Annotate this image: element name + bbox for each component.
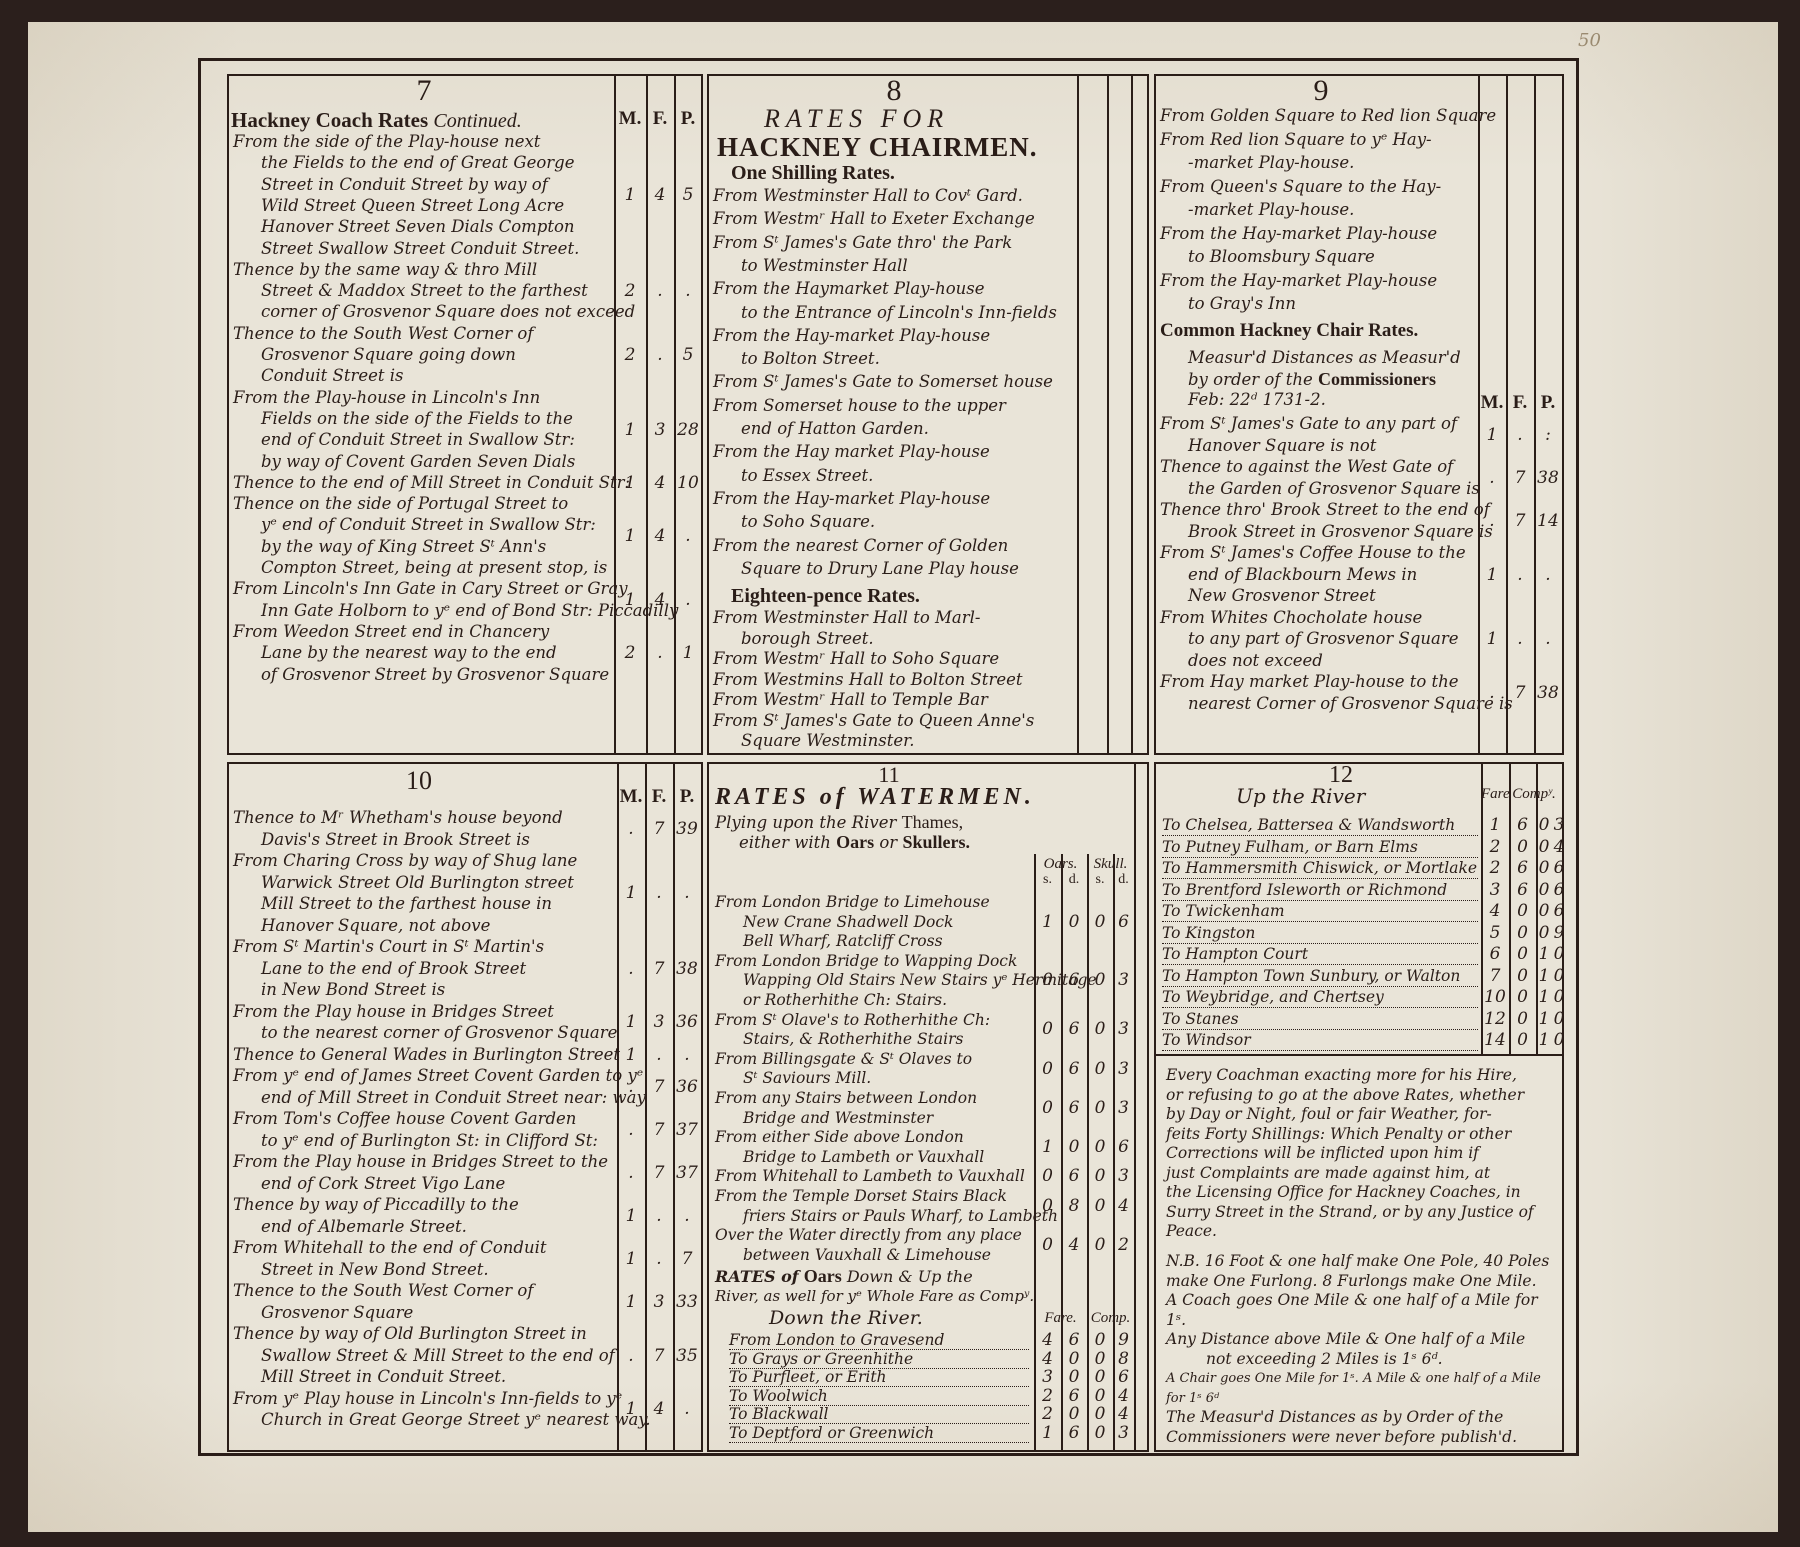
route-text: Hanover Street Seven Dials Compton bbox=[233, 217, 575, 237]
panel-8-hackney-chairmen-rates: 8 RATES FOR HACKNEY CHAIRMEN. One Shilli… bbox=[707, 74, 1149, 755]
fare-value: 0 bbox=[1087, 1351, 1113, 1368]
fare-value: 6 bbox=[1113, 912, 1134, 932]
notice-line: Corrections will be inflicted upon him i… bbox=[1166, 1144, 1562, 1164]
fare-value: 3 bbox=[1113, 1098, 1134, 1118]
route-text: end of Cork Street Vigo Lane bbox=[233, 1174, 505, 1194]
fare-value: 6 bbox=[1552, 859, 1566, 878]
fare-value: 6 bbox=[1509, 881, 1536, 900]
route-text: end of Mill Street in Conduit Street nea… bbox=[233, 1088, 646, 1108]
route-text: to Westminster Hall bbox=[713, 256, 908, 276]
fare-miles: 1 bbox=[614, 420, 646, 440]
fare-miles: 1 bbox=[617, 1206, 645, 1226]
fare-header: Fare bbox=[1481, 786, 1509, 803]
fare-value: 1 bbox=[1481, 816, 1509, 835]
fare-value: 0 bbox=[1061, 1369, 1087, 1386]
route-text: to the nearest corner of Grosvenor Squar… bbox=[233, 1023, 617, 1043]
route-text: From Charing Cross by way of Shug lane bbox=[233, 851, 577, 871]
fare-poles: 7 bbox=[673, 1249, 701, 1269]
fare-value: 0 bbox=[1552, 1010, 1566, 1029]
fare-value: 0 bbox=[1536, 902, 1552, 921]
destination: To Stanes bbox=[1162, 1010, 1478, 1030]
fare-poles: . bbox=[674, 526, 702, 546]
fare-poles: 38 bbox=[673, 959, 701, 979]
fare-value: 9 bbox=[1552, 924, 1566, 943]
fare-value: 0 bbox=[1087, 970, 1113, 990]
route-text: Grosvenor Square bbox=[233, 1303, 413, 1323]
route-text: Street & Maddox Street to the farthest bbox=[233, 281, 588, 301]
fare-value: 0 bbox=[1552, 1031, 1566, 1050]
route-text: -market Play-house. bbox=[1160, 153, 1354, 173]
route-text: From Billingsgate & Sᵗ Olaves to bbox=[715, 1049, 972, 1069]
column-header-miles: M. bbox=[614, 108, 646, 130]
route-text: nearest Corner of Grosvenor Square is bbox=[1160, 694, 1513, 714]
fare-furlongs: . bbox=[646, 643, 674, 663]
route-text: From the nearest Corner of Golden bbox=[713, 536, 1008, 556]
route-text: Bridge and Westminster bbox=[715, 1108, 933, 1128]
oars-rates-title: RATES of Oars Down & Up the bbox=[715, 1266, 973, 1287]
fare-miles: 2 bbox=[614, 281, 646, 301]
route-text: Swallow Street & Mill Street to the end … bbox=[233, 1346, 615, 1366]
fare-value: 6 bbox=[1509, 816, 1536, 835]
column-divider bbox=[1478, 76, 1480, 753]
route-text: From Sᵗ James's Gate to any part of bbox=[1160, 414, 1457, 434]
notice-line: by Day or Night, foul or fair Weather, f… bbox=[1166, 1105, 1562, 1125]
fare-value: 0 bbox=[1509, 945, 1536, 964]
route-text: From the Temple Dorset Stairs Black bbox=[715, 1186, 1007, 1206]
fare-value: 6 bbox=[1509, 859, 1536, 878]
route-text: From London Bridge to Wapping Dock bbox=[715, 951, 1017, 971]
column-header-poles: P. bbox=[674, 108, 702, 130]
fare-value: 14 bbox=[1481, 1031, 1509, 1050]
fare-furlongs: . bbox=[645, 1249, 673, 1269]
fare-poles: 39 bbox=[673, 819, 701, 839]
destination: To Brentford Isleworth or Richmond bbox=[1162, 881, 1478, 901]
notice-line: just Complaints are made against him, at bbox=[1166, 1164, 1562, 1184]
fare-value: 0 bbox=[1509, 924, 1536, 943]
date-note: Feb: 22ᵈ 1731-2. bbox=[1188, 390, 1326, 410]
measured-distances-note: Measur'd Distances as Measur'd bbox=[1188, 348, 1461, 368]
column-header-shillings: s. bbox=[1087, 872, 1113, 888]
fare-value: 0 bbox=[1034, 1019, 1061, 1039]
fare-miles: 1 bbox=[617, 1045, 645, 1065]
route-text: Mill Street to the farthest house in bbox=[233, 894, 552, 914]
column-divider bbox=[1134, 764, 1136, 1450]
column-divider bbox=[1107, 76, 1109, 753]
route-text: From Westmʳ Hall to Exeter Exchange bbox=[713, 209, 1035, 229]
route-text: or Rotherhithe Ch: Stairs. bbox=[715, 990, 947, 1010]
destination: To Blackwall bbox=[729, 1406, 1029, 1424]
comp-header: Compʸ. bbox=[1509, 786, 1559, 803]
fare-miles: . bbox=[1478, 511, 1506, 531]
destination: To Woolwich bbox=[729, 1388, 1029, 1406]
route-text: the Garden of Grosvenor Square is bbox=[1160, 479, 1480, 499]
fare-value: 6 bbox=[1552, 902, 1566, 921]
fare-value: 0 bbox=[1087, 1059, 1113, 1079]
fare-miles: 1 bbox=[614, 590, 646, 610]
fare-miles: 1 bbox=[614, 473, 646, 493]
column-header-furlongs: F. bbox=[645, 786, 673, 808]
fare-miles: . bbox=[617, 1120, 645, 1140]
fare-value: 0 bbox=[1509, 1031, 1536, 1050]
route-text: friers Stairs or Pauls Wharf, to Lambeth bbox=[715, 1206, 1058, 1226]
fare-furlongs: 4 bbox=[645, 1399, 673, 1419]
penalty-notice: Every Coachman exacting more for his Hir… bbox=[1166, 1066, 1562, 1242]
fare-poles: . bbox=[674, 281, 702, 301]
route-text: From Whites Chocholate house bbox=[1160, 608, 1422, 628]
intro-line-1: Plying upon the River Thames, bbox=[715, 812, 963, 833]
fare-value: 0 bbox=[1087, 912, 1113, 932]
fare-value: 0 bbox=[1087, 1137, 1113, 1157]
intro-text: Plying upon the River bbox=[715, 813, 896, 832]
fare-value: 0 bbox=[1536, 816, 1552, 835]
fare-value: 4 bbox=[1113, 1196, 1134, 1216]
route-text: Street in New Bond Street. bbox=[233, 1260, 489, 1280]
fare-value: 0 bbox=[1087, 1166, 1113, 1186]
fare-miles: 2 bbox=[614, 345, 646, 365]
fare-poles: 35 bbox=[673, 1346, 701, 1366]
fare-value: 4 bbox=[1034, 1332, 1061, 1349]
fare-furlongs: 4 bbox=[646, 590, 674, 610]
route-text: end of Conduit Street in Swallow Str: bbox=[233, 430, 575, 450]
route-text: Thence on the side of Portugal Street to bbox=[233, 494, 568, 514]
fare-furlongs: 7 bbox=[645, 1163, 673, 1183]
fare-value: 9 bbox=[1113, 1332, 1134, 1349]
column-header-shillings: s. bbox=[1034, 872, 1061, 888]
route-text: From the Hay-market Play-house bbox=[1160, 224, 1437, 244]
column-divider bbox=[1534, 76, 1536, 753]
fare-poles: . bbox=[673, 1399, 701, 1419]
destination: To Windsor bbox=[1162, 1031, 1478, 1051]
route-text: From London Bridge to Limehouse bbox=[715, 892, 990, 912]
fare-furlongs: . bbox=[645, 1206, 673, 1226]
fare-header: Fare. bbox=[1034, 1310, 1087, 1327]
fare-value: 0 bbox=[1509, 967, 1536, 986]
fare-value: 0 bbox=[1061, 912, 1087, 932]
oars-label: Oars bbox=[804, 1266, 842, 1286]
route-text: Thence to the end of Mill Street in Cond… bbox=[233, 473, 630, 493]
section-eighteen-pence-rates: Eighteen-pence Rates. bbox=[731, 585, 920, 608]
fare-value: 6 bbox=[1113, 1137, 1134, 1157]
destination: To Kingston bbox=[1162, 924, 1478, 944]
fare-furlongs: 4 bbox=[646, 185, 674, 205]
route-text: From Somerset house to the upper bbox=[713, 396, 1006, 416]
fare-value: 6 bbox=[1061, 1388, 1087, 1405]
notice-line: Every Coachman exacting more for his Hir… bbox=[1166, 1066, 1562, 1086]
fare-value: 6 bbox=[1061, 1166, 1087, 1186]
title-suffix: Continued. bbox=[433, 110, 521, 132]
route-text: Conduit Street is bbox=[233, 366, 404, 386]
route-text: in New Bond Street is bbox=[233, 980, 445, 1000]
column-header-miles: M. bbox=[617, 786, 645, 808]
column-header-poles: P. bbox=[673, 786, 701, 808]
note-text: by order of the bbox=[1188, 370, 1313, 389]
page-number: 50 bbox=[1578, 30, 1601, 51]
fare-value: 0 bbox=[1087, 1388, 1113, 1405]
route-text: does not exceed bbox=[1160, 651, 1323, 671]
note-line: Any Distance above Mile & One half of a … bbox=[1166, 1330, 1562, 1350]
fare-value: 0 bbox=[1087, 1332, 1113, 1349]
fare-furlongs: 7 bbox=[645, 1346, 673, 1366]
route-text: to yᵉ end of Burlington St: in Clifford … bbox=[233, 1131, 598, 1151]
fare-value: 0 bbox=[1509, 902, 1536, 921]
destination: To Hammersmith Chiswick, or Mortlake bbox=[1162, 859, 1478, 879]
fare-value: 4 bbox=[1061, 1235, 1087, 1255]
fare-miles: 1 bbox=[1478, 565, 1506, 585]
fare-value: 3 bbox=[1113, 1425, 1134, 1442]
note-line: A Coach goes One Mile & one half of a Mi… bbox=[1166, 1291, 1562, 1330]
fare-poles: . bbox=[674, 590, 702, 610]
fare-miles: 1 bbox=[617, 1249, 645, 1269]
fare-value: 0 bbox=[1034, 1098, 1061, 1118]
fare-miles: 2 bbox=[614, 643, 646, 663]
note-line: A Chair goes One Mile for 1ˢ. A Mile & o… bbox=[1166, 1369, 1562, 1408]
fare-miles: 1 bbox=[614, 185, 646, 205]
fare-value: 1 bbox=[1034, 1137, 1061, 1157]
fare-value: 0 bbox=[1034, 970, 1061, 990]
route-text: From Westmʳ Hall to Temple Bar bbox=[713, 690, 988, 710]
note-line: not exceeding 2 Miles is 1ˢ 6ᵈ. bbox=[1166, 1350, 1562, 1370]
route-text: New Crane Shadwell Dock bbox=[715, 912, 953, 932]
fare-value: 2 bbox=[1034, 1406, 1061, 1423]
destination: From London to Gravesend bbox=[729, 1332, 1029, 1350]
column-divider bbox=[1131, 76, 1133, 753]
fare-value: 2 bbox=[1113, 1235, 1134, 1255]
fare-miles: . bbox=[617, 1346, 645, 1366]
route-text: Brook Street in Grosvenor Square is bbox=[1160, 522, 1493, 542]
route-text: corner of Grosvenor Square does not exce… bbox=[233, 302, 635, 322]
panel-10-coach-rates: 10 M. F. P. Thence to Mʳ Whetham's house… bbox=[227, 762, 703, 1452]
fare-value: 2 bbox=[1034, 1388, 1061, 1405]
panel-7-hackney-coach-rates-continued: 7 Hackney Coach Rates Continued. M. F. P… bbox=[227, 74, 703, 755]
group-header-skullers: Skull. bbox=[1087, 856, 1134, 873]
route-text: to Gray's Inn bbox=[1160, 294, 1296, 314]
fare-value: 6 bbox=[1061, 970, 1087, 990]
route-text: From the Hay market Play-house bbox=[713, 442, 990, 462]
route-text: Thence by the same way & thro Mill bbox=[233, 260, 537, 280]
route-text: the Fields to the end of Great George bbox=[233, 153, 575, 173]
fare-value: 6 bbox=[1061, 1425, 1087, 1442]
route-text: to Soho Square. bbox=[713, 512, 875, 532]
fare-furlongs: . bbox=[1506, 629, 1534, 649]
fare-value: 0 bbox=[1552, 988, 1566, 1007]
route-text: From Weedon Street end in Chancery bbox=[233, 622, 549, 642]
route-text: -market Play-house. bbox=[1160, 200, 1354, 220]
fare-miles: 1 bbox=[1478, 425, 1506, 445]
fare-poles: 37 bbox=[673, 1163, 701, 1183]
fare-poles: . bbox=[1534, 629, 1562, 649]
route-text: From Sᵗ James's Gate to Somerset house bbox=[713, 372, 1053, 392]
fare-poles: . bbox=[673, 883, 701, 903]
fare-value: 0 bbox=[1087, 1425, 1113, 1442]
fare-furlongs: 3 bbox=[645, 1012, 673, 1032]
fare-furlongs: . bbox=[645, 1045, 673, 1065]
fare-value: 0 bbox=[1087, 1196, 1113, 1216]
route-text: From Sᵗ Olave's to Rotherhithe Ch: bbox=[715, 1010, 990, 1030]
route-text: From Lincoln's Inn Gate in Cary Street o… bbox=[233, 579, 628, 599]
fare-furlongs: 7 bbox=[645, 959, 673, 979]
fare-value: 3 bbox=[1113, 1059, 1134, 1079]
route-text: From Westmins Hall to Bolton Street bbox=[713, 670, 1023, 690]
route-text: Thence by way of Piccadilly to the bbox=[233, 1195, 519, 1215]
route-text: end of Blackbourn Mews in bbox=[1160, 565, 1417, 585]
route-text: Square to Drury Lane Play house bbox=[713, 559, 1019, 579]
divider bbox=[1156, 1054, 1562, 1056]
route-text: Fields on the side of the Fields to the bbox=[233, 409, 573, 429]
fare-value: 1 bbox=[1536, 1010, 1552, 1029]
group-header-oars: Oars. bbox=[1034, 856, 1087, 873]
fare-value: 4 bbox=[1034, 1351, 1061, 1368]
fare-value: 2 bbox=[1481, 859, 1509, 878]
fare-value: 12 bbox=[1481, 1010, 1509, 1029]
route-text: Wild Street Queen Street Long Acre bbox=[233, 196, 564, 216]
route-text: Hanover Square is not bbox=[1160, 436, 1376, 456]
route-text: to any part of Grosvenor Square bbox=[1160, 629, 1459, 649]
section-common-hackney-chair-rates: Common Hackney Chair Rates. bbox=[1160, 320, 1418, 342]
route-text: From Red lion Square to yᵉ Hay- bbox=[1160, 130, 1432, 150]
fare-value: 5 bbox=[1481, 924, 1509, 943]
route-text: From the Hay-market Play-house bbox=[713, 489, 990, 509]
panel-number: 7 bbox=[409, 74, 439, 108]
route-text: Lane to the end of Brook Street bbox=[233, 959, 526, 979]
route-text: From Westmʳ Hall to Soho Square bbox=[713, 649, 999, 669]
route-text: From any Stairs between London bbox=[715, 1088, 977, 1108]
fare-miles: 1 bbox=[617, 883, 645, 903]
fare-value: 4 bbox=[1552, 838, 1566, 857]
note-line: The Measur'd Distances as by Order of th… bbox=[1166, 1408, 1562, 1428]
route-text: Compton Street, being at present stop, i… bbox=[233, 558, 607, 578]
route-text: end of Albemarle Street. bbox=[233, 1217, 467, 1237]
route-text: to Bloomsbury Square bbox=[1160, 247, 1375, 267]
route-text: From Sᵗ James's Coffee House to the bbox=[1160, 543, 1466, 563]
fare-miles: 1 bbox=[617, 1012, 645, 1032]
fare-poles: 28 bbox=[674, 420, 702, 440]
note-line: Commissioners were never before publish'… bbox=[1166, 1428, 1562, 1448]
fare-miles: . bbox=[617, 1077, 645, 1097]
notice-line: the Licensing Office for Hackney Coaches… bbox=[1166, 1183, 1562, 1203]
fare-value: 6 bbox=[1061, 1059, 1087, 1079]
fare-value: 6 bbox=[1061, 1098, 1087, 1118]
route-text: Hanover Square, not above bbox=[233, 916, 490, 936]
fare-miles: 1 bbox=[614, 526, 646, 546]
oars-title-text: Down & Up the bbox=[847, 1267, 973, 1286]
title-line-1: RATES FOR bbox=[764, 104, 949, 134]
panel-number: 8 bbox=[879, 74, 909, 108]
panel-number: 9 bbox=[1306, 74, 1336, 108]
fare-miles: 1 bbox=[1478, 629, 1506, 649]
fare-furlongs: 7 bbox=[645, 1120, 673, 1140]
destination: To Purfleet, or Erith bbox=[729, 1369, 1029, 1387]
route-text: Thence to the South West Corner of bbox=[233, 1281, 533, 1301]
panel-12-up-the-river-and-notes: 12 Up the River Fare Compʸ. To Chelsea, … bbox=[1154, 762, 1564, 1452]
fare-value: 1 bbox=[1034, 912, 1061, 932]
route-text: From Westminster Hall to Marl- bbox=[713, 608, 981, 628]
river-thames-label: Thames, bbox=[902, 812, 963, 832]
fare-value: 0 bbox=[1509, 988, 1536, 1007]
fare-value: 0 bbox=[1087, 1235, 1113, 1255]
route-text: to Essex Street. bbox=[713, 466, 873, 486]
route-text: From Whitehall to Lambeth to Vauxhall bbox=[715, 1166, 1025, 1186]
fare-value: 1 bbox=[1536, 945, 1552, 964]
title-line-2: HACKNEY CHAIRMEN. bbox=[717, 132, 1038, 163]
fare-poles: 37 bbox=[673, 1120, 701, 1140]
fare-furlongs: 4 bbox=[646, 526, 674, 546]
route-text: Church in Great George Street yᵉ nearest… bbox=[233, 1410, 651, 1430]
fare-miles: . bbox=[1478, 683, 1506, 703]
fare-furlongs: 7 bbox=[1506, 468, 1534, 488]
fare-value: 2 bbox=[1481, 838, 1509, 857]
destination: To Twickenham bbox=[1162, 902, 1478, 922]
panel-number: 10 bbox=[399, 766, 439, 796]
route-text: From the Haymarket Play-house bbox=[713, 279, 985, 299]
fare-value: 7 bbox=[1481, 967, 1509, 986]
destination: To Putney Fulham, or Barn Elms bbox=[1162, 838, 1478, 858]
route-text: From Sᵗ Martin's Court in Sᵗ Martin's bbox=[233, 937, 544, 957]
fare-value: 0 bbox=[1536, 924, 1552, 943]
fare-value: 1 bbox=[1536, 1031, 1552, 1050]
route-text: by the way of King Street Sᵗ Ann's bbox=[233, 537, 546, 557]
fare-value: 0 bbox=[1061, 1406, 1087, 1423]
route-text: Bridge to Lambeth or Vauxhall bbox=[715, 1147, 984, 1167]
notice-line: Surry Street in the Strand, or by any Ju… bbox=[1166, 1203, 1562, 1242]
section-one-shilling-rates: One Shilling Rates. bbox=[731, 162, 895, 185]
fare-value: 8 bbox=[1061, 1196, 1087, 1216]
fare-value: 6 bbox=[1481, 945, 1509, 964]
fare-miles: . bbox=[617, 959, 645, 979]
route-text: Thence thro' Brook Street to the end of bbox=[1160, 500, 1490, 520]
route-text: From Hay market Play-house to the bbox=[1160, 672, 1459, 692]
route-text: Street in Conduit Street by way of bbox=[233, 175, 548, 195]
column-header-miles: M. bbox=[1478, 392, 1506, 414]
route-text: Over the Water directly from any place bbox=[715, 1225, 1022, 1245]
fare-value: 0 bbox=[1509, 1010, 1536, 1029]
fare-furlongs: . bbox=[1506, 425, 1534, 445]
fare-furlongs: 4 bbox=[646, 473, 674, 493]
fare-value: 0 bbox=[1087, 1406, 1113, 1423]
destination: To Hampton Town Sunbury, or Walton bbox=[1162, 967, 1478, 987]
measurement-notes: N.B. 16 Foot & one half make One Pole, 4… bbox=[1166, 1252, 1562, 1447]
route-text: Davis's Street in Brook Street is bbox=[233, 830, 530, 850]
fare-value: 0 bbox=[1034, 1059, 1061, 1079]
route-text: Grosvenor Square going down bbox=[233, 345, 516, 365]
fare-value: 0 bbox=[1552, 967, 1566, 986]
fare-poles: 36 bbox=[673, 1077, 701, 1097]
route-text: From yᵉ Play house in Lincoln's Inn-fiel… bbox=[233, 1389, 622, 1409]
fare-value: 3 bbox=[1113, 1166, 1134, 1186]
fare-poles: . bbox=[1534, 565, 1562, 585]
route-text: Thence to Mʳ Whetham's house beyond bbox=[233, 808, 563, 828]
fare-poles: 10 bbox=[674, 473, 702, 493]
fare-miles: . bbox=[617, 1163, 645, 1183]
fare-poles: 5 bbox=[674, 185, 702, 205]
intro-text: either with bbox=[739, 833, 831, 852]
fare-value: 3 bbox=[1552, 816, 1566, 835]
column-header-furlongs: F. bbox=[1506, 392, 1534, 414]
route-text: From yᵉ end of James Street Covent Garde… bbox=[233, 1066, 643, 1086]
fare-furlongs: 7 bbox=[1506, 683, 1534, 703]
column-divider bbox=[1506, 76, 1508, 753]
comp-header: Comp. bbox=[1087, 1310, 1134, 1327]
route-text: From Whitehall to the end of Conduit bbox=[233, 1238, 547, 1258]
intro-line-2: either with Oars or Skullers. bbox=[739, 832, 970, 853]
fare-poles: : bbox=[1534, 425, 1562, 445]
fare-poles: 38 bbox=[1534, 683, 1562, 703]
fare-value: 0 bbox=[1509, 838, 1536, 857]
fare-value: 10 bbox=[1481, 988, 1509, 1007]
title-rates-of-watermen: RATES of WATERMEN. bbox=[715, 784, 1035, 811]
column-header-pence: d. bbox=[1061, 872, 1087, 888]
note-line: N.B. 16 Foot & one half make One Pole, 4… bbox=[1166, 1252, 1562, 1272]
skullers-label: Skullers. bbox=[902, 832, 970, 852]
